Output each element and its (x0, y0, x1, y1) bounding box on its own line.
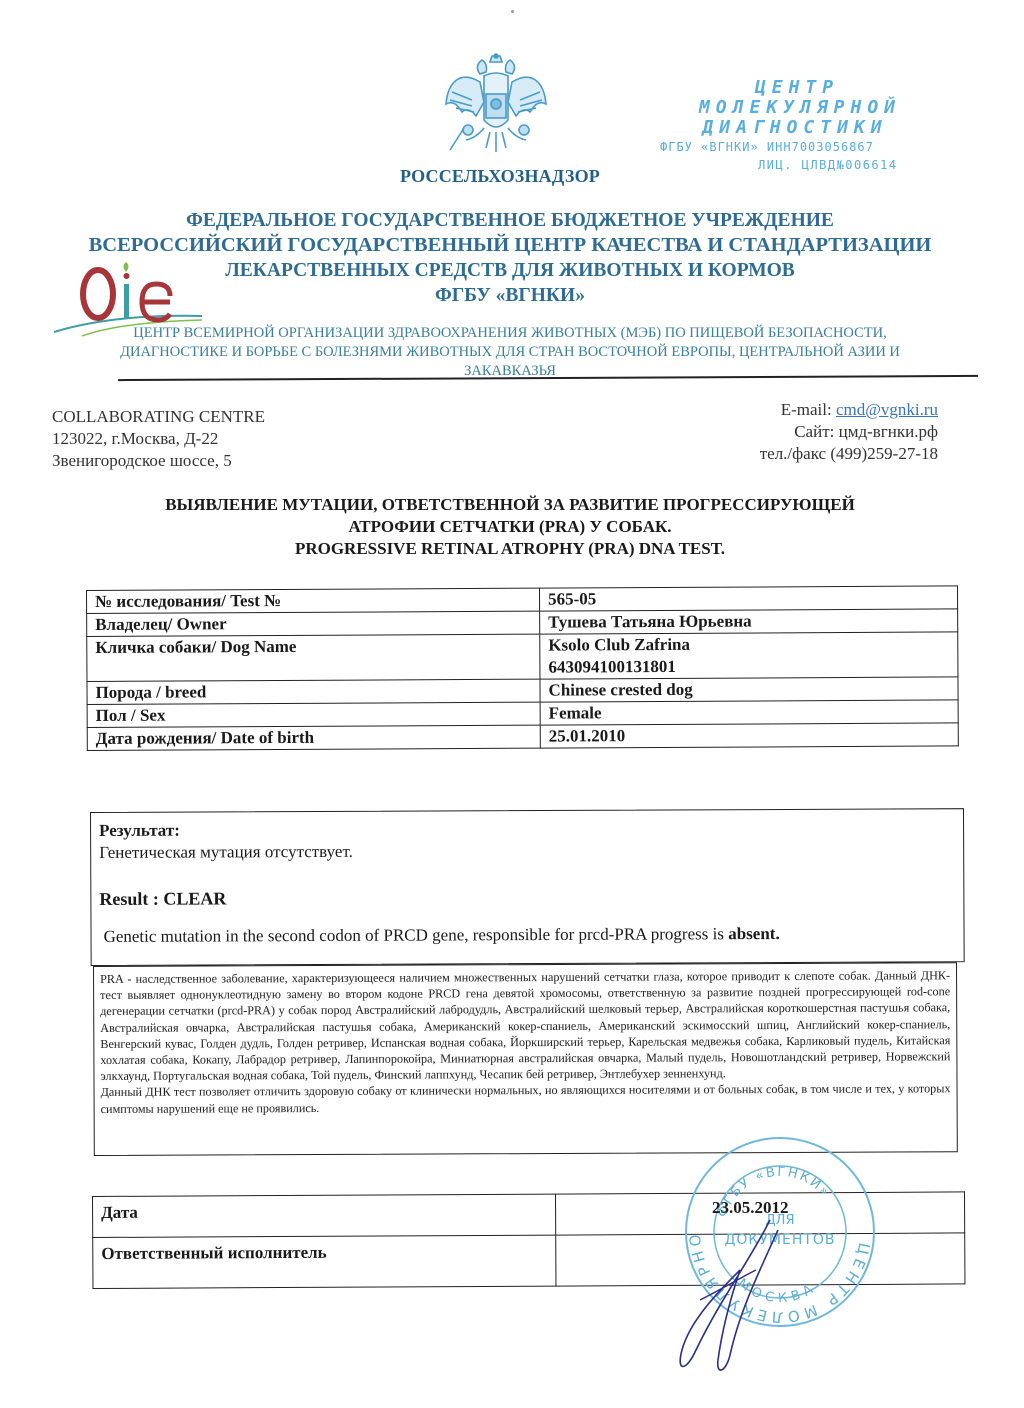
sub-line: ЦЕНТР ВСЕМИРНОЙ ОРГАНИЗАЦИИ ЗДРАВООХРАНЕ… (60, 324, 960, 343)
title-line: PROGRESSIVE RETINAL ATROPHY (PRA) DNA TE… (60, 538, 960, 560)
stamp-line: ФГБУ «ВГНКИ» ИНН7003056867 (660, 138, 940, 156)
explanation-paragraph: PRA - наследственное заболевание, характ… (100, 967, 950, 1084)
scan-speck (511, 10, 514, 13)
signature-icon (660, 1150, 810, 1380)
title-line: АТРОФИИ СЕТЧАТКИ (PRA) У СОБАК. (60, 516, 960, 538)
row-label: Владелец/ Owner (87, 611, 540, 636)
sub-line: ДИАГНОСТИКЕ И БОРЬБЕ С БОЛЕЗНЯМИ ЖИВОТНЫ… (60, 343, 960, 362)
eagle-emblem-icon (440, 52, 552, 162)
row-label: № исследования/ Test № (87, 588, 540, 613)
table-row: Кличка собаки/ Dog Name Ksolo Club Zafri… (87, 632, 958, 682)
chip-number: 643094100131801 (548, 654, 949, 678)
address-line: 123022, г.Москва, Д-22 (52, 428, 265, 450)
agency-name: РОССЕЛЬХОЗНАДЗОР (380, 166, 620, 187)
stamp-line: ЛИЦ. ЦЛВД№006614 (758, 156, 940, 174)
document-title: ВЫЯВЛЕНИЕ МУТАЦИИ, ОТВЕТСТВЕННОЙ ЗА РАЗВ… (60, 494, 960, 560)
site-line: Сайт: цмд-вгнки.рф (760, 421, 938, 443)
dog-info-table: № исследования/ Test № 565-05 Владелец/ … (86, 585, 959, 751)
row-label: Порода / breed (87, 679, 540, 704)
molecular-diagnostics-stamp: ЦЕНТР МОЛЕКУЛЯРНОЙ ДИАГНОСТИКИ ФГБУ «ВГН… (640, 78, 940, 174)
row-value: Тушева Татьяна Юрьевна (540, 609, 958, 634)
result-ru: Генетическая мутация отсутствует. (99, 842, 353, 863)
pra-explanation-box: PRA - наследственное заболевание, характ… (93, 962, 958, 1156)
email-line: E-mail: cmd@vgnki.ru (760, 399, 938, 421)
contact-block: E-mail: cmd@vgnki.ru Сайт: цмд-вгнки.рф … (760, 399, 938, 465)
org-line: ВСЕРОССИЙСКИЙ ГОСУДАРСТВЕННЫЙ ЦЕНТР КАЧЕ… (40, 233, 980, 258)
result-box: Результат: Генетическая мутация отсутств… (90, 808, 965, 966)
row-label: Пол / Sex (87, 702, 540, 727)
date-label: Дата (93, 1194, 556, 1237)
address-line: Звенигородское шоссе, 5 (52, 450, 265, 472)
email-link[interactable]: cmd@vgnki.ru (836, 400, 938, 419)
row-label: Кличка собаки/ Dog Name (87, 634, 540, 681)
dog-name: Ksolo Club Zafrina (548, 632, 949, 656)
result-label: Результат: (99, 821, 180, 841)
result-desc-bold: absent. (728, 924, 780, 943)
row-value: Ksolo Club Zafrina 643094100131801 (540, 632, 958, 679)
row-label: Дата рождения/ Date of birth (87, 725, 540, 750)
org-line: ФЕДЕРАЛЬНОЕ ГОСУДАРСТВЕННОЕ БЮДЖЕТНОЕ УЧ… (40, 208, 980, 233)
oie-centre-description: ЦЕНТР ВСЕМИРНОЙ ОРГАНИЗАЦИИ ЗДРАВООХРАНЕ… (60, 324, 960, 381)
title-line: ВЫЯВЛЕНИЕ МУТАЦИИ, ОТВЕТСТВЕННОЙ ЗА РАЗВ… (60, 494, 960, 516)
table-row: Дата рождения/ Date of birth 25.01.2010 (87, 723, 958, 751)
result-description: Genetic mutation in the second codon of … (104, 924, 780, 947)
stamp-line: ЦЕНТР (654, 78, 940, 98)
executor-label: Ответственный исполнитель (93, 1235, 556, 1288)
stamp-line: ДИАГНОСТИКИ (650, 118, 940, 138)
address-line: COLLABORATING CENTRE (52, 406, 265, 428)
phone-line: тел./факс (499)259-27-18 (760, 443, 938, 465)
row-value: Chinese crested dog (540, 677, 958, 702)
result-en: Result : CLEAR (99, 888, 226, 910)
stamp-line: МОЛЕКУЛЯРНОЙ (660, 98, 940, 118)
address-block: COLLABORATING CENTRE 123022, г.Москва, Д… (52, 406, 265, 472)
explanation-paragraph: Данный ДНК тест позволяет отличить здоро… (101, 1081, 951, 1117)
row-value: 25.01.2010 (540, 723, 958, 748)
email-label: E-mail: (781, 400, 836, 419)
result-desc-text: Genetic mutation in the second codon of … (104, 924, 729, 946)
row-value: Female (540, 700, 958, 725)
row-value: 565-05 (539, 586, 957, 611)
